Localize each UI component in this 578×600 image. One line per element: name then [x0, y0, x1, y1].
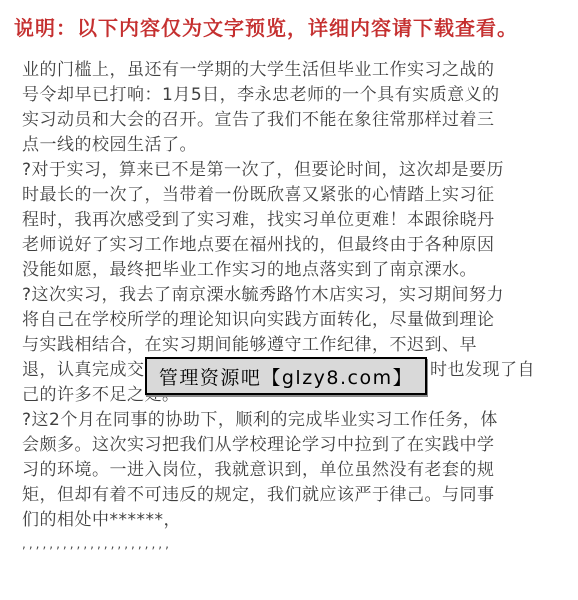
- text-fragment-after-watermark: 时也发现了自: [430, 358, 535, 383]
- ellipsis-dots-line: ,,,,,,,,,,,,,,,,,,,,,,: [22, 533, 562, 560]
- text-line: 时最长的一次了，当带着一份既欣喜又紧张的心情踏上实习征: [22, 183, 562, 208]
- text-line: 将自己在学校所学的理论知识向实践方面转化，尽量做到理论: [22, 308, 562, 333]
- text-line: 与实践相结合，在实习期间能够遵守工作纪律，不迟到、早: [22, 333, 562, 358]
- site-watermark-badge: 管理资源吧【glzy8.com】: [145, 357, 427, 395]
- text-line: 们的相处中******，: [22, 508, 562, 533]
- text-line: 老师说好了实习工作地点要在福州找的，但最终由于各种原因: [22, 233, 562, 258]
- text-line: ?对于实习，算来已不是第一次了，但要论时间，这次却是要历: [22, 158, 562, 183]
- text-line: ?这2个月在同事的协助下，顺利的完成毕业实习工作任务，体: [22, 408, 562, 433]
- text-line: 实习动员和大会的召开。宣告了我们不能在象往常那样过着三: [22, 108, 562, 133]
- document-preview-page: 说明：以下内容仅为文字预览，详细内容请下载查看。 业的门槛上，虽还有一学期的大学…: [0, 0, 578, 600]
- text-fragment-before-watermark: 退，认真完成交: [22, 360, 145, 380]
- document-body: 业的门槛上，虽还有一学期的大学生活但毕业工作实习之战的 号令却早已打响：1月5日…: [22, 58, 562, 560]
- text-line: 矩，但却有着不可违反的规定，我们就应该严于律己。与同事: [22, 483, 562, 508]
- text-line: 业的门槛上，虽还有一学期的大学生活但毕业工作实习之战的: [22, 58, 562, 83]
- text-line: 号令却早已打响：1月5日，李永忠老师的一个具有实质意义的: [22, 83, 562, 108]
- preview-notice: 说明：以下内容仅为文字预览，详细内容请下载查看。: [14, 12, 518, 41]
- text-line: 习的环境。一进入岗位，我就意识到，单位虽然没有老套的规: [22, 458, 562, 483]
- text-line: 点一线的校园生活了。: [22, 133, 562, 158]
- text-line: 会颇多。这次实习把我们从学校理论学习中拉到了在实践中学: [22, 433, 562, 458]
- text-line: ?这次实习，我去了南京溧水毓秀路竹木店实习，实习期间努力: [22, 283, 562, 308]
- text-line: 没能如愿，最终把毕业工作实习的地点落实到了南京溧水。: [22, 258, 562, 283]
- text-line: 程时，我再次感受到了实习难，找实习单位更难！本跟徐晓丹: [22, 208, 562, 233]
